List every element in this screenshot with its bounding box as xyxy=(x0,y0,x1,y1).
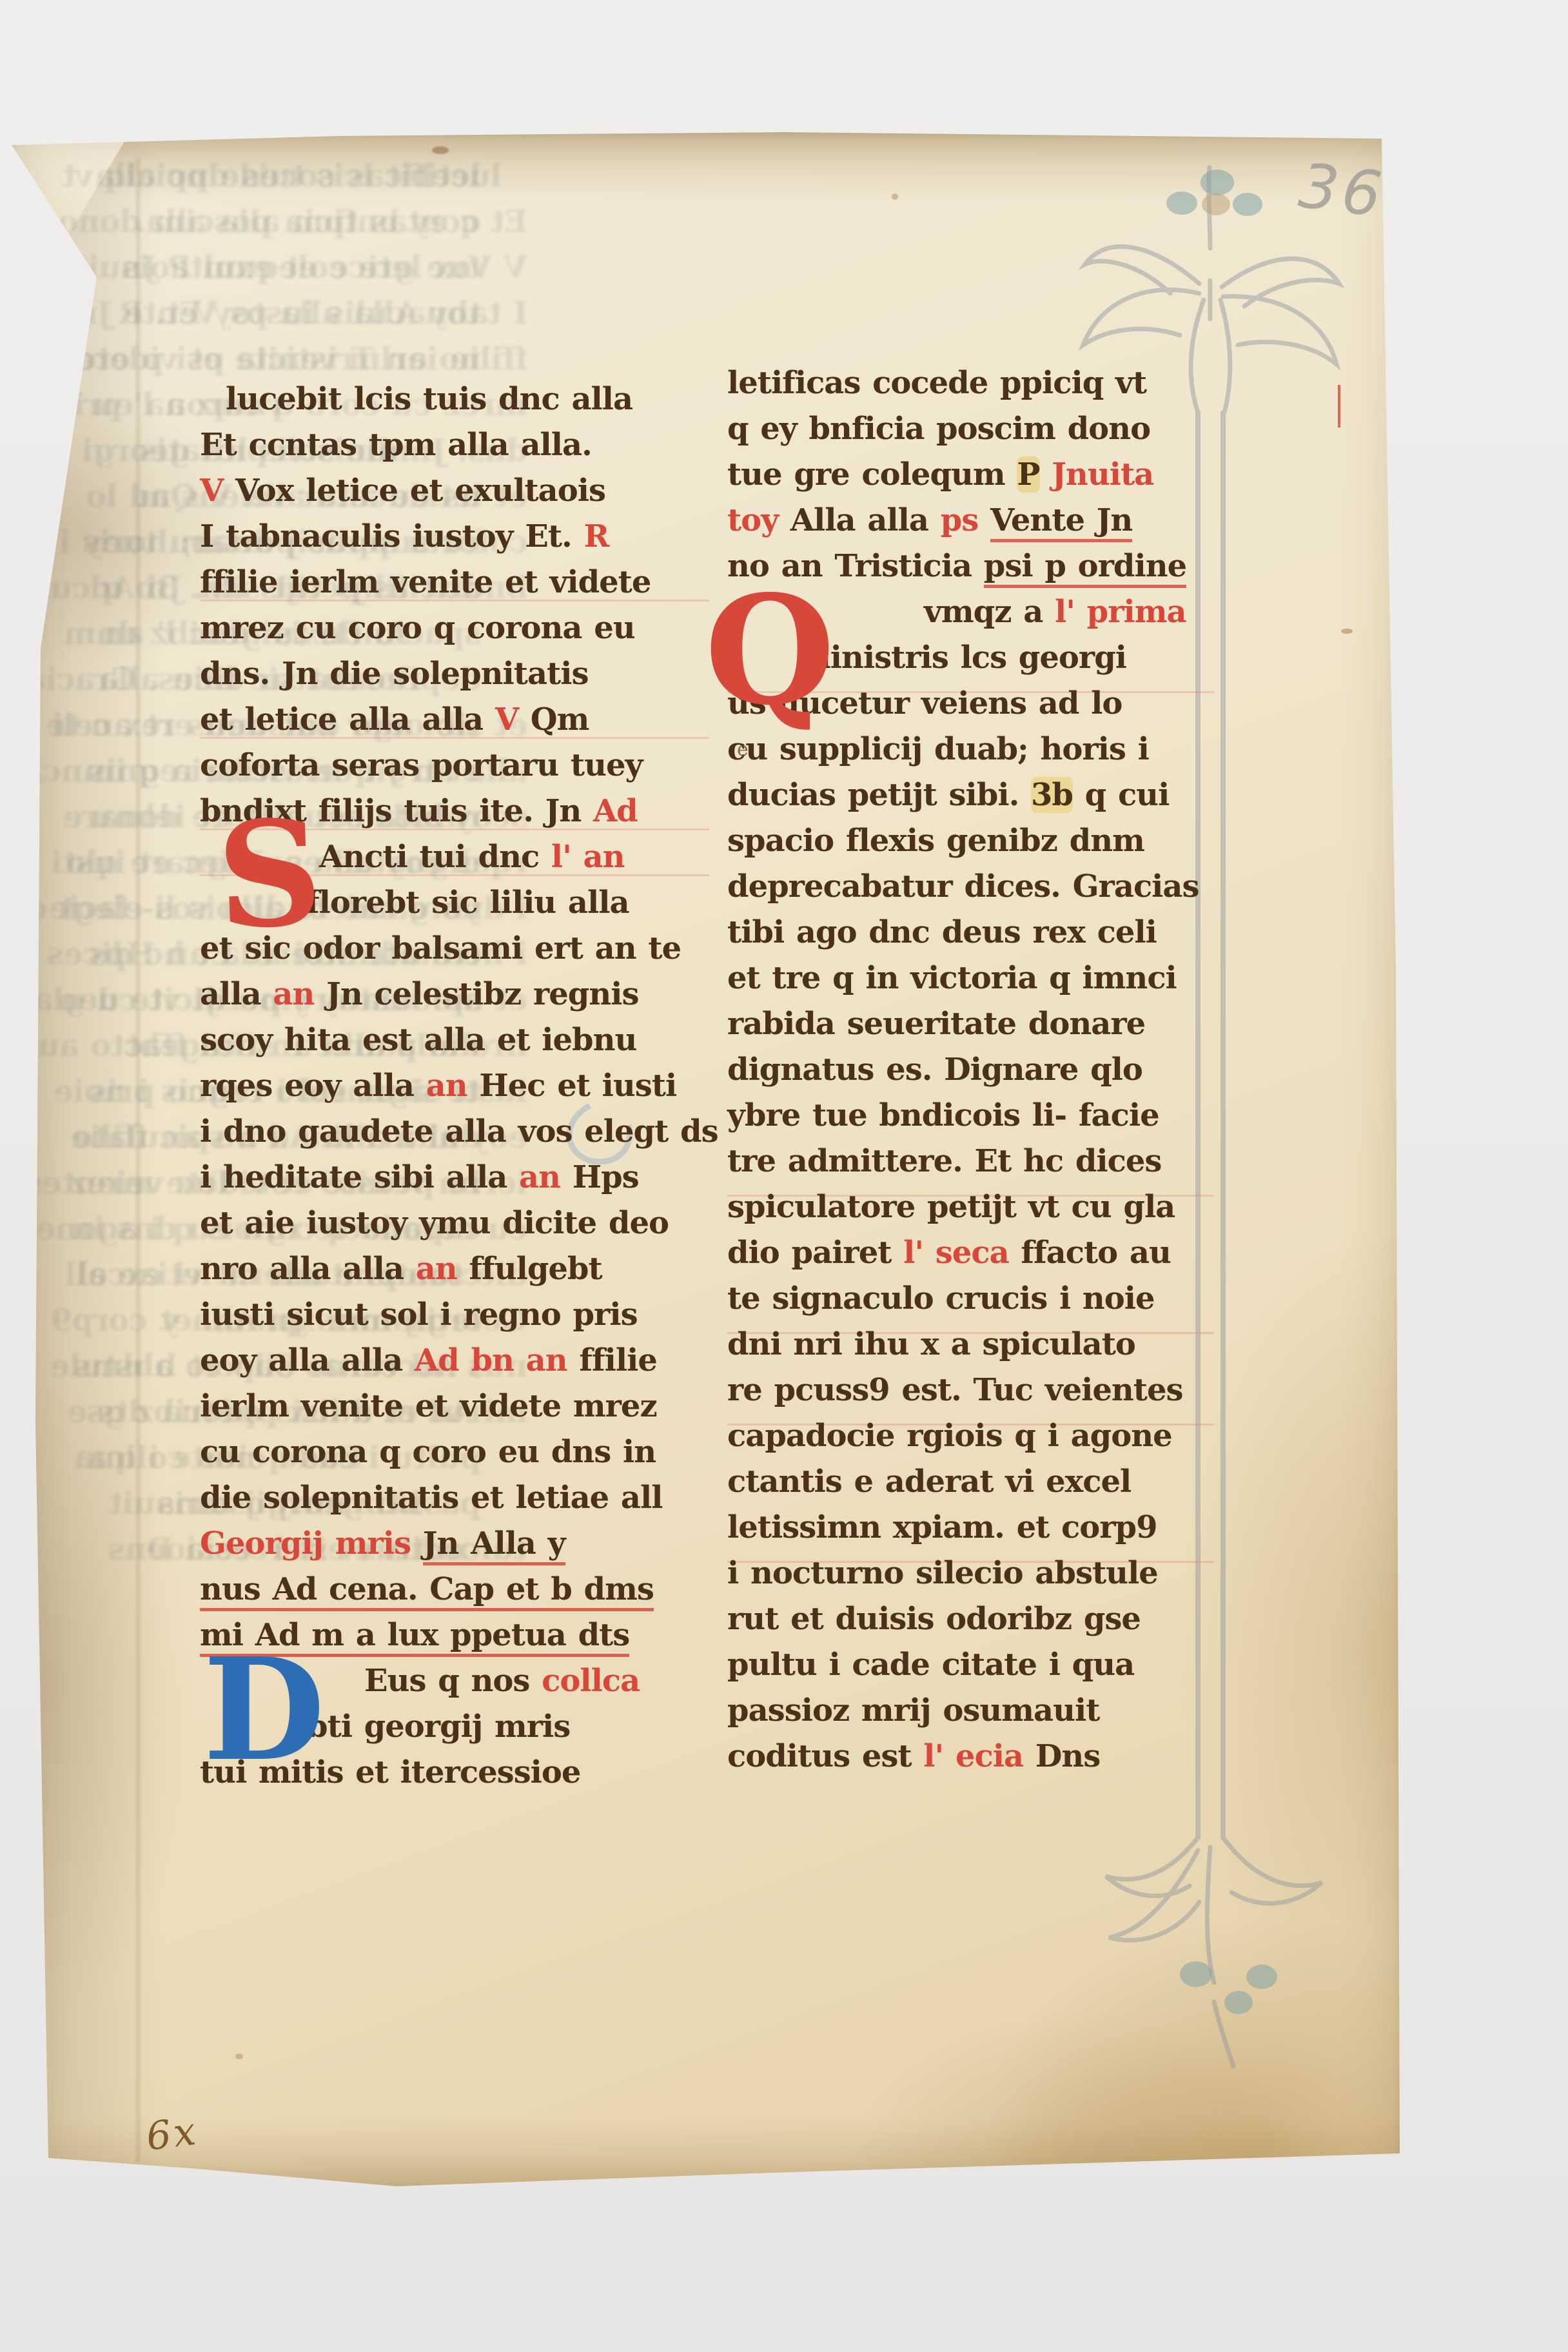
folio-number: 367 xyxy=(1295,150,1431,236)
body-text: die solepnitatis et letiae all xyxy=(200,1480,663,1516)
text-line: spiculatore petijt vt cu gla xyxy=(727,1184,1214,1230)
body-text: dns. Jn die solepnitatis xyxy=(200,656,588,692)
rubric-text: an xyxy=(519,1159,560,1195)
text-line: q ey bnficia poscim dono xyxy=(10,199,482,245)
text-line: die solepnitatis et letiae all xyxy=(200,1475,709,1521)
body-text: spacio flexis genibz dnm xyxy=(727,823,1144,859)
text-line: et tre q in victoria q imnci xyxy=(727,955,1214,1001)
rubric-text: ps xyxy=(941,502,979,538)
body-text: alla xyxy=(200,976,273,1012)
illuminated-initial-d: D xyxy=(203,1640,325,1780)
body-text: tibi ago dnc deus rex celi xyxy=(727,914,1157,950)
text-column-left: lucebit lcis tuis dnc allaEt ccntas tpm … xyxy=(200,377,709,1796)
illuminated-initial-s: S xyxy=(215,801,324,950)
text-line: dio pairet l' seca ffacto au xyxy=(727,1230,1214,1276)
text-line: dignatus es. Dignare qlo xyxy=(727,1047,1214,1093)
body-text: i dno gaudete alla vos elegt ds xyxy=(200,1113,718,1150)
body-text: nro alla alla xyxy=(200,1251,416,1287)
text-line: nus Ad cena. Cap et b dms xyxy=(200,1567,709,1612)
body-text: q cui xyxy=(1073,777,1169,813)
body-text xyxy=(978,502,990,538)
body-text: passioz mrij osumauit xyxy=(727,1692,1099,1729)
body-text: Jn celestibz regnis xyxy=(314,976,638,1012)
text-line: passioz mrij osumauit xyxy=(727,1688,1214,1734)
rubric-text: Jnuita xyxy=(55,250,157,286)
text-line: re pcuss9 est. Tuc veientes xyxy=(727,1367,1214,1413)
body-text: bti georgij mris xyxy=(306,1709,570,1745)
body-text: pultu i cade citate i qua xyxy=(727,1647,1134,1683)
body-text: i heditate sibi alla xyxy=(200,1159,519,1195)
text-line: letissimn xpiam. et corp9 xyxy=(727,1505,1214,1551)
body-text: ministris lcs georgi xyxy=(798,640,1126,676)
body-text: rabida seueritate donare xyxy=(727,1006,1145,1042)
text-line: no an Tristicia psi p ordine xyxy=(10,337,482,382)
body-text: P xyxy=(1017,456,1039,493)
body-text: 3b xyxy=(1031,777,1073,813)
body-text: tre admittere. Et hc dices xyxy=(727,1143,1161,1179)
body-text: q ey bnficia poscim dono xyxy=(727,411,1150,447)
body-text: et aie iustoy ymu dicite deo xyxy=(200,1205,669,1241)
text-line: eoy alla alla Ad bn an ffilie xyxy=(200,1338,709,1384)
text-line: alla an Jn celestibz regnis xyxy=(200,972,709,1017)
text-line: Et ccntas tpm alla alla. xyxy=(200,422,709,468)
body-text: ffulgebt xyxy=(457,1251,602,1287)
text-line: ierlm venite et videte mrez xyxy=(200,1384,709,1429)
rubric-text: toy xyxy=(430,295,481,331)
body-text: tue gre colequm xyxy=(727,456,1017,493)
text-line: i heditate sibi alla an Hps xyxy=(200,1155,709,1200)
body-text: nus Ad cena. Cap et b dms xyxy=(200,1571,654,1611)
body-text: psi p ordine xyxy=(22,341,224,381)
rubric-text: V xyxy=(495,701,518,738)
body-text: spiculatore petijt vt cu gla xyxy=(727,1189,1175,1225)
rubricator-guide-letter: e xyxy=(737,738,749,761)
rubric-text: l' an xyxy=(551,839,625,875)
body-text: Vente Jn xyxy=(76,295,218,335)
text-line: tibi ago dnc deus rex celi xyxy=(727,910,1214,955)
stain xyxy=(892,193,898,200)
body-text: lucebit lcis tuis dnc alla xyxy=(226,381,632,417)
text-line: q ey bnficia poscim dono xyxy=(727,406,1214,452)
text-line: rqes eoy alla an Hec et iusti xyxy=(200,1063,709,1109)
text-line: rabida seueritate donare xyxy=(727,1001,1214,1047)
body-text: scoy hita est alla et iebnu xyxy=(200,1022,636,1058)
text-line: cu corona q coro eu dns in xyxy=(200,1429,709,1475)
body-text: deprecabatur dices. Gracias xyxy=(727,868,1199,905)
text-line: i dno gaudete alla vos elegt ds xyxy=(200,1109,709,1155)
text-line: letificas cocede ppiciq vt xyxy=(727,360,1214,406)
rubric-text: l' ecia xyxy=(923,1738,1023,1774)
text-line: tue gre colequm P Jnuita xyxy=(727,452,1214,498)
red-margin-stroke xyxy=(1338,385,1340,427)
body-text: capadocie rgiois q i agone xyxy=(727,1418,1172,1454)
text-line: lucebit lcis tuis dnc alla xyxy=(200,377,709,422)
stain xyxy=(235,2053,243,2059)
body-text: Alla alla xyxy=(778,502,941,538)
body-text: et letice alla alla xyxy=(200,701,495,738)
text-line: tre admittere. Et hc dices xyxy=(727,1139,1214,1184)
stain xyxy=(432,146,449,154)
text-line: dns. Jn die solepnitatis xyxy=(200,651,709,697)
text-line: deprecabatur dices. Gracias xyxy=(727,864,1214,910)
text-line: coforta seras portaru tuey xyxy=(200,743,709,789)
text-line: et aie iustoy ymu dicite deo xyxy=(200,1200,709,1246)
text-line: toy Alla alla ps Vente Jn xyxy=(10,291,482,337)
body-text: q cui xyxy=(39,570,135,606)
rubric-text: Jnuita xyxy=(1052,456,1153,493)
rubric-text: l' seca xyxy=(903,1235,1009,1271)
body-text: te signaculo crucis i noie xyxy=(727,1280,1155,1317)
text-line: scoy hita est alla et iebnu xyxy=(200,1017,709,1063)
text-line: V Vox letice et exultaois xyxy=(200,468,709,514)
body-text: letificas cocede ppiciq vt xyxy=(727,365,1146,401)
text-line: ducias petijt sibi. 3b q cui xyxy=(727,772,1214,818)
body-text: coditus est xyxy=(727,1738,923,1774)
body-text: et tre q in victoria q imnci xyxy=(727,960,1177,996)
body-text: Alla alla xyxy=(268,295,431,331)
stain xyxy=(1341,629,1353,634)
body-text xyxy=(219,295,231,331)
rubric-text: Ad bn an xyxy=(415,1342,567,1378)
manuscript-leaf: lucebit lcis tuis dnc allaEt ccntas tpm … xyxy=(10,132,1402,2192)
text-line: iusti sicut sol i regno pris xyxy=(200,1292,709,1338)
body-text: re pcuss9 est. Tuc veientes xyxy=(727,1372,1183,1408)
rubric-text: l' prima xyxy=(1055,594,1186,630)
body-text: Vente Jn xyxy=(990,502,1132,542)
rubric-text: l' prima xyxy=(23,387,154,423)
body-text: dignatus es. Dignare qlo xyxy=(727,1052,1142,1088)
text-line: mrez cu coro q corona eu xyxy=(200,605,709,651)
rubric-text: an xyxy=(416,1251,457,1287)
body-text: letificas cocede ppiciq vt xyxy=(62,158,481,194)
body-text: Qm xyxy=(518,701,589,738)
text-line: et letice alla alla V Qm xyxy=(200,697,709,743)
body-text: ctantis e aderat vi excel xyxy=(727,1464,1131,1500)
body-text: mrez cu coro q corona eu xyxy=(200,610,635,646)
text-line: tue gre colequm P Jnuita xyxy=(10,245,482,291)
text-line: ctantis e aderat vi excel xyxy=(727,1459,1214,1505)
rubric-text: V xyxy=(504,250,527,286)
text-line: i nocturno silecio abstule xyxy=(727,1551,1214,1596)
rubric-text: Ad xyxy=(593,793,638,829)
body-text: dio pairet xyxy=(727,1235,903,1271)
body-text: Vox letice et exultaois xyxy=(223,473,605,509)
body-text: I tabnaculis iustoy Et. xyxy=(200,518,583,554)
body-text: Dns xyxy=(1023,1738,1100,1774)
rubric-text: R xyxy=(583,518,609,554)
rubric-text: ps xyxy=(230,295,268,331)
body-text: letissimn xpiam. et corp9 xyxy=(727,1509,1157,1545)
text-line: letificas cocede ppiciq vt xyxy=(10,153,482,199)
body-text: florebt sic liliu alla xyxy=(306,885,629,921)
body-text: cu corona q coro eu dns in xyxy=(200,1434,656,1470)
text-line: toy Alla alla ps Vente Jn xyxy=(727,498,1214,544)
rubric-text: Georgij mris xyxy=(200,1525,423,1562)
body-text: i nocturno silecio abstule xyxy=(727,1555,1158,1591)
rubric-text: an xyxy=(426,1068,467,1104)
body-text: psi p ordine xyxy=(984,548,1186,588)
rubric-text: collca xyxy=(542,1663,640,1699)
body-text: Jn Alla y xyxy=(423,1525,565,1565)
photograph-background: { "page": { "folio_number": "367", "bott… xyxy=(0,0,1568,2352)
text-line: ybre tue bndicois li- facie xyxy=(727,1093,1214,1139)
text-line: pultu i cade citate i qua xyxy=(727,1642,1214,1688)
body-text: ffacto au xyxy=(38,1028,200,1064)
body-text: P xyxy=(169,250,191,286)
text-line: capadocie rgiois q i agone xyxy=(727,1413,1214,1459)
body-text xyxy=(1040,456,1052,493)
body-text: tue gre colequm xyxy=(191,250,481,286)
text-line: dni nri ihu x a spiculato xyxy=(727,1322,1214,1367)
body-text: ffacto au xyxy=(1009,1235,1171,1271)
body-text xyxy=(157,250,169,286)
body-text: no an Tristicia xyxy=(225,341,482,377)
body-text: coforta seras portaru tuey xyxy=(200,747,642,783)
body-text: iusti sicut sol i regno pris xyxy=(200,1297,638,1333)
body-text: Hec et iusti xyxy=(467,1068,677,1104)
body-text: vmqz a xyxy=(924,594,1055,630)
body-text: Hps xyxy=(560,1159,639,1195)
body-text: Dns xyxy=(108,1531,185,1567)
body-text: ducias petijt sibi. xyxy=(727,777,1031,813)
text-line: te signaculo crucis i noie xyxy=(727,1276,1214,1322)
illuminated-initial-q: Q xyxy=(705,576,835,725)
collection-mark: 6x xyxy=(144,2108,201,2159)
body-text: ffilie ierlm venite et videte xyxy=(200,564,651,600)
body-text: dni nri ihu x a spiculato xyxy=(727,1326,1135,1362)
body-text: Eus q nos xyxy=(364,1663,542,1699)
body-text: ierlm venite et videte mrez xyxy=(200,1388,657,1424)
rubric-text: V xyxy=(200,473,223,509)
text-line: rut et duisis odoribz gse xyxy=(727,1596,1214,1642)
body-text: rqes eoy alla xyxy=(200,1068,426,1104)
rubric-text: toy xyxy=(727,502,778,538)
body-text: rut et duisis odoribz gse xyxy=(727,1601,1141,1637)
text-line: spacio flexis genibz dnm xyxy=(727,818,1214,864)
text-line: nro alla alla an ffulgebt xyxy=(200,1246,709,1292)
body-text: 3b xyxy=(136,570,178,606)
body-text: ybre tue bndicois li- facie xyxy=(727,1097,1159,1133)
body-text: Et ccntas tpm alla alla. xyxy=(200,427,592,463)
rubric-text: an xyxy=(273,976,314,1012)
text-line: coditus est l' ecia Dns xyxy=(727,1734,1214,1779)
body-text: ffilie xyxy=(567,1342,657,1378)
text-line: I tabnaculis iustoy Et. R xyxy=(200,514,709,560)
body-text: Ancti tui dnc xyxy=(319,839,551,875)
text-line: Georgij mris Jn Alla y xyxy=(200,1521,709,1567)
body-text: q ey bnficia poscim dono xyxy=(58,204,481,240)
text-line: ffilie ierlm venite et videte xyxy=(200,560,709,605)
body-text: eoy alla alla xyxy=(200,1342,415,1378)
